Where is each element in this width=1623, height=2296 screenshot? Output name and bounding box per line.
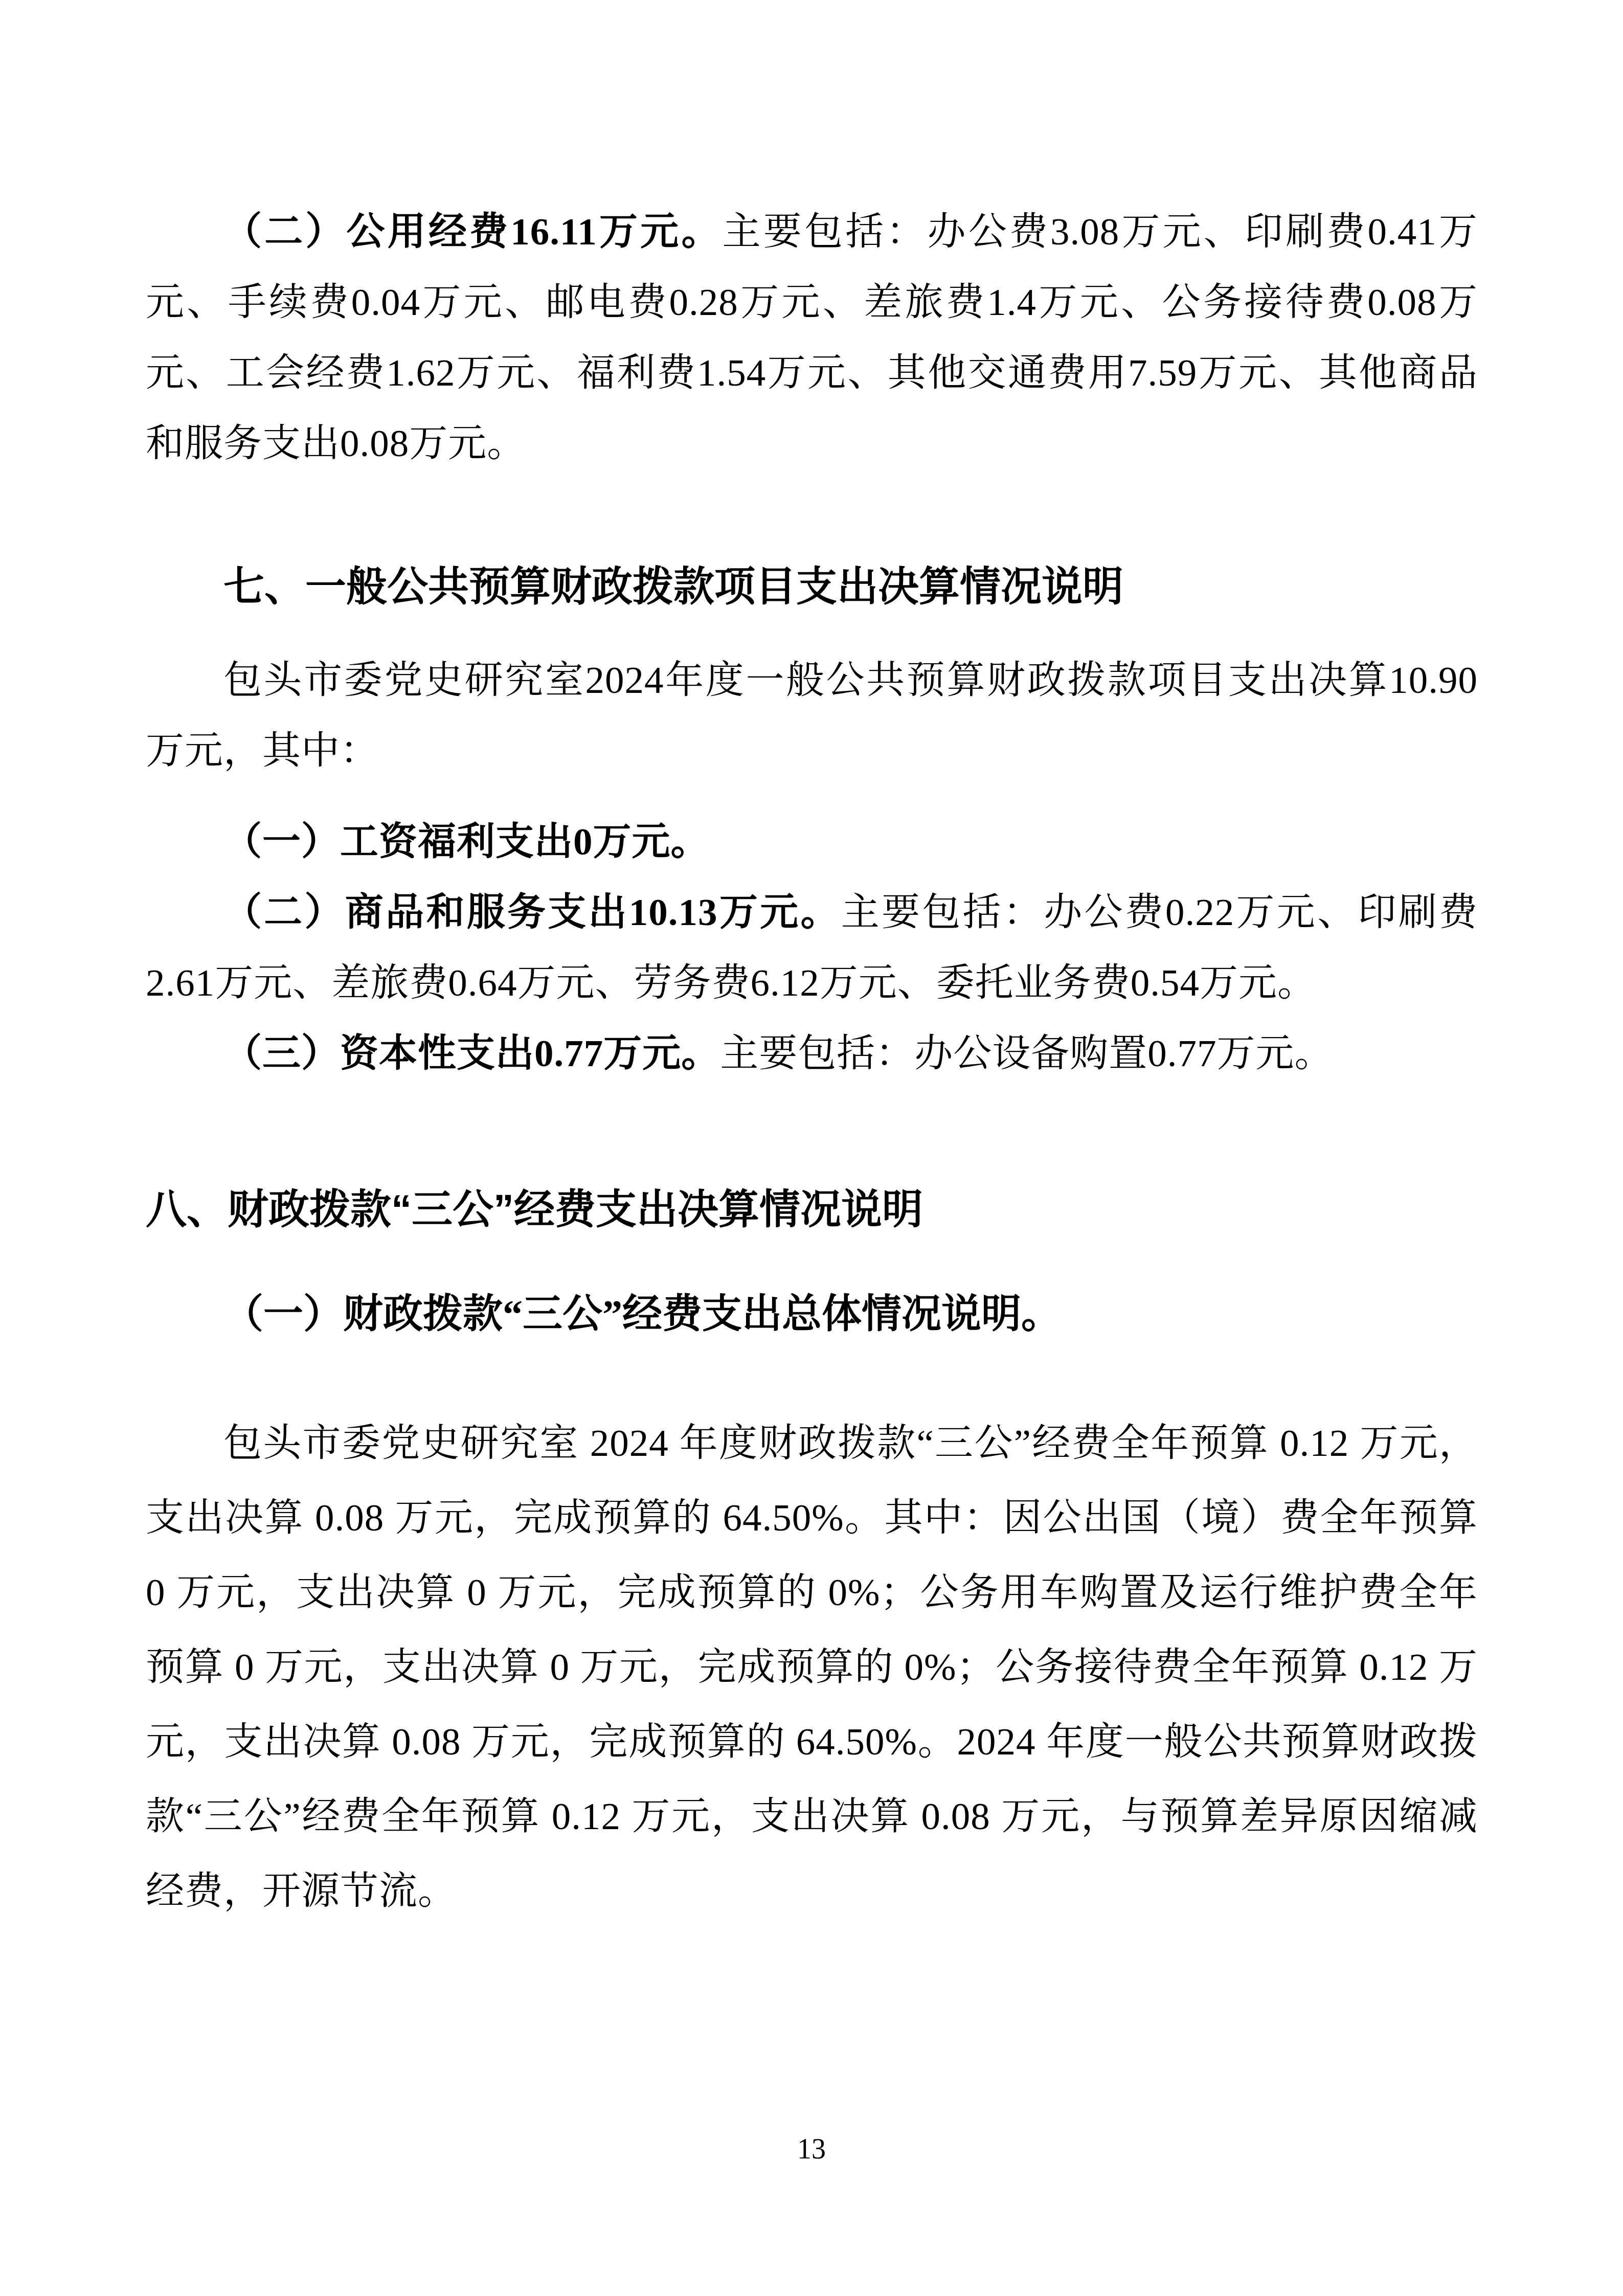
paragraph-goods-services: （二）商品和服务支出10.13万元。主要包括：办公费0.22万元、印刷费2.61… bbox=[146, 877, 1478, 1019]
subheading-sangong-overall: （一）财政拨款“三公”经费支出总体情况说明。 bbox=[146, 1276, 1478, 1353]
heading-section-seven: 七、一般公共预算财政拨款项目支出决算情况说明 bbox=[146, 548, 1478, 625]
heading-section-eight: 八、财政拨款“三公”经费支出决算情况说明 bbox=[146, 1171, 1478, 1248]
paragraph-capital-expense: （三）资本性支出0.77万元。主要包括：办公设备购置0.77万元。 bbox=[146, 1019, 1478, 1089]
document-page: （二）公用经费16.11万元。主要包括：办公费3.08万元、印刷费0.41万元、… bbox=[0, 0, 1623, 2296]
page-content: （二）公用经费16.11万元。主要包括：办公费3.08万元、印刷费0.41万元、… bbox=[146, 0, 1478, 1929]
paragraph-salary-welfare: （一）工资福利支出0万元。 bbox=[146, 807, 1478, 877]
paragraph-public-expense: （二）公用经费16.11万元。主要包括：办公费3.08万元、印刷费0.41万元、… bbox=[146, 197, 1478, 479]
paragraph-goods-services-lead: （二）商品和服务支出10.13万元。 bbox=[223, 891, 841, 934]
paragraph-capital-expense-lead: （三）资本性支出0.77万元。 bbox=[223, 1032, 720, 1075]
paragraph-public-expense-lead: （二）公用经费16.11万元。 bbox=[223, 211, 723, 253]
paragraph-project-total: 包头市委党史研究室2024年度一般公共预算财政拨款项目支出决算10.90万元，其… bbox=[146, 645, 1478, 786]
paragraph-salary-welfare-lead: （一）工资福利支出0万元。 bbox=[223, 821, 710, 863]
paragraph-capital-expense-text: 主要包括：办公设备购置0.77万元。 bbox=[720, 1032, 1333, 1075]
page-number: 13 bbox=[0, 2131, 1623, 2167]
paragraph-sangong-detail: 包头市委党史研究室 2024 年度财政拨款“三公”经费全年预算 0.12 万元，… bbox=[146, 1406, 1478, 1929]
